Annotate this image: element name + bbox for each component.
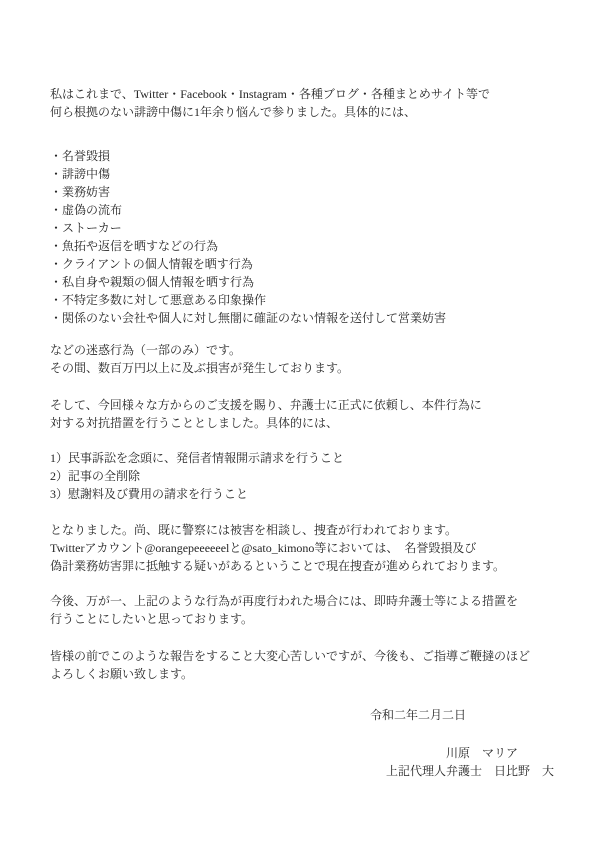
- investigation-paragraph: となりました。尚、既に警察には被害を相談し、捜査が行われております。 Twitt…: [50, 521, 556, 575]
- investigation-line-2: Twitterアカウント@orangepeeeeeelと@sato_kimono…: [50, 539, 556, 557]
- action-intro-line-1: そして、今回様々な方からのご支援を賜り、弁護士に正式に依頼し、本件行為に: [50, 396, 556, 414]
- future-line-2: 行うことにしたいと思っております。: [50, 610, 556, 628]
- signature-block: 川原 マリア 上記代理人弁護士 日比野 大: [50, 744, 556, 780]
- future-measures-paragraph: 今後、万が一、上記のような行為が再度行われた場合には、即時弁護士等による措置を …: [50, 592, 556, 628]
- intro-paragraph: 私はこれまで、Twitter・Facebook・Instagram・各種ブログ・…: [50, 85, 556, 121]
- measure-item: 1）民事訴訟を念頭に、発信者情報開示請求を行うこと: [50, 449, 556, 467]
- signature-principal: 川原 マリア: [50, 744, 556, 762]
- signature-attorney: 上記代理人弁護士 日比野 大: [50, 762, 556, 780]
- harassment-item: ・名誉毀損: [50, 147, 556, 165]
- harassment-item: ・誹謗中傷: [50, 165, 556, 183]
- harassment-bullet-list: ・名誉毀損 ・誹謗中傷 ・業務妨害 ・虚偽の流布 ・ストーカー ・魚拓や返信を晒…: [50, 147, 556, 327]
- closing-line-1: 皆様の前でこのような報告をすること大変心苦しいですが、今後も、ご指導ご鞭撻のほど: [50, 647, 556, 665]
- harassment-item: ・虚偽の流布: [50, 201, 556, 219]
- measure-item: 2）記事の全削除: [50, 467, 556, 485]
- intro-line-1: 私はこれまで、Twitter・Facebook・Instagram・各種ブログ・…: [50, 85, 556, 103]
- harassment-item: ・不特定多数に対して悪意ある印象操作: [50, 291, 556, 309]
- measures-numbered-list: 1）民事訴訟を念頭に、発信者情報開示請求を行うこと 2）記事の全削除 3）慰謝料…: [50, 449, 556, 503]
- investigation-line-3: 偽計業務妨害罪に抵触する疑いがあるということで現在捜査が進められております。: [50, 557, 556, 575]
- future-line-1: 今後、万が一、上記のような行為が再度行われた場合には、即時弁護士等による措置を: [50, 592, 556, 610]
- damage-line-2: その間、数百万円以上に及ぶ損害が発生しております。: [50, 359, 556, 377]
- harassment-item: ・私自身や親類の個人情報を晒す行為: [50, 273, 556, 291]
- document-date: 令和二年二月二日: [50, 706, 556, 724]
- measure-item: 3）慰謝料及び費用の請求を行うこと: [50, 485, 556, 503]
- intro-line-2: 何ら根拠のない誹謗中傷に1年余り悩んで参りました。具体的には、: [50, 103, 556, 121]
- closing-paragraph: 皆様の前でこのような報告をすること大変心苦しいですが、今後も、ご指導ご鞭撻のほど…: [50, 647, 556, 683]
- harassment-item: ・魚拓や返信を晒すなどの行為: [50, 237, 556, 255]
- damage-paragraph: などの迷惑行為（一部のみ）です。 その間、数百万円以上に及ぶ損害が発生しておりま…: [50, 341, 556, 377]
- harassment-item: ・関係のない会社や個人に対し無闇に確証のない情報を送付して営業妨害: [50, 309, 556, 327]
- harassment-item: ・業務妨害: [50, 183, 556, 201]
- harassment-item: ・クライアントの個人情報を晒す行為: [50, 255, 556, 273]
- investigation-line-1: となりました。尚、既に警察には被害を相談し、捜査が行われております。: [50, 521, 556, 539]
- action-intro-paragraph: そして、今回様々な方からのご支援を賜り、弁護士に正式に依頼し、本件行為に 対する…: [50, 396, 556, 432]
- closing-line-2: よろしくお願い致します。: [50, 665, 556, 683]
- action-intro-line-2: 対する対抗措置を行うこととしました。具体的には、: [50, 414, 556, 432]
- harassment-item: ・ストーカー: [50, 219, 556, 237]
- damage-line-1: などの迷惑行為（一部のみ）です。: [50, 341, 556, 359]
- document-page: 私はこれまで、Twitter・Facebook・Instagram・各種ブログ・…: [0, 0, 596, 842]
